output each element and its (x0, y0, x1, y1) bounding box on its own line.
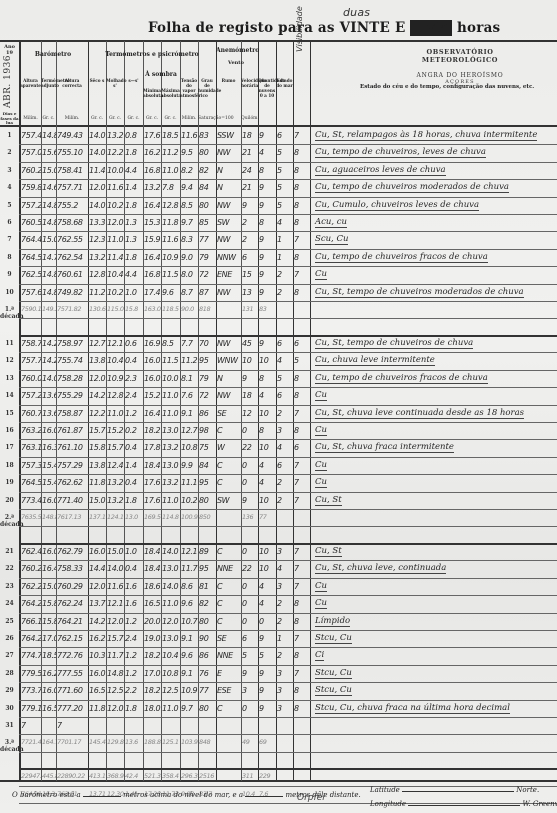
data-cell: 0.4 (125, 356, 143, 365)
data-cell: N (217, 374, 241, 383)
data-cell: 13.0 (162, 426, 180, 435)
day-label: 30 (0, 705, 19, 712)
data-cell: 9 (259, 235, 276, 244)
data-cell: 8 (294, 253, 310, 262)
data-cell: 14.2 (89, 617, 106, 626)
data-cell: 12.2 (107, 148, 124, 157)
data-cell: 1.4 (125, 183, 143, 192)
data-cell: 14.2 (42, 356, 56, 365)
days-label: Dias e fases da lua (0, 112, 19, 126)
data-cell: 9.9 (181, 461, 198, 470)
data-cell: 1.3 (125, 235, 143, 244)
day-label: 19 (0, 479, 19, 486)
data-cell: 13.0 (162, 634, 180, 643)
data-cell: 13.0 (125, 513, 143, 521)
row-divider (19, 613, 557, 614)
weather-remark: Cu (315, 425, 327, 436)
data-cell: 16.4 (42, 564, 56, 573)
data-cell: 16.5 (42, 704, 56, 713)
row-divider (19, 752, 557, 753)
data-cell: 1.8 (125, 253, 143, 262)
data-cell: 163.0 (144, 305, 161, 313)
data-cell: 760.29 (57, 582, 88, 591)
data-cell: 2.3 (125, 374, 143, 383)
data-cell: 9 (259, 183, 276, 192)
data-cell: 413.1 (89, 772, 106, 780)
data-cell: 18.5 (162, 131, 180, 140)
data-cell: 18.4 (144, 547, 161, 556)
data-cell: NW (217, 288, 241, 297)
row-divider (19, 474, 557, 475)
row-divider (19, 405, 557, 406)
data-cell: 16.8 (144, 166, 161, 175)
data-cell: 15.0 (42, 235, 56, 244)
data-cell: 85 (199, 218, 216, 227)
data-cell: 16.2 (42, 669, 56, 678)
data-cell: C (217, 478, 241, 487)
data-cell: 9 (259, 270, 276, 279)
data-cell: 4 (259, 478, 276, 487)
data-cell: 14.6 (42, 183, 56, 192)
data-cell: 311 (242, 772, 258, 780)
data-cell: 760.25 (21, 166, 41, 175)
data-cell: 129.8 (107, 738, 124, 746)
weather-remark: Stcu, Cu (315, 633, 352, 644)
data-cell: 9.1 (181, 409, 198, 418)
data-cell: 188.8 (144, 738, 161, 746)
data-cell: 764.20 (21, 599, 41, 608)
data-cell: 86 (199, 651, 216, 660)
data-cell: 1.6 (125, 582, 143, 591)
data-cell: 757.30 (21, 461, 41, 470)
data-cell: 10.2 (107, 288, 124, 297)
data-cell: 148.8 (42, 513, 56, 521)
data-cell: 11.0 (107, 235, 124, 244)
data-cell: 72 (199, 270, 216, 279)
data-cell: 16.0 (42, 496, 56, 505)
data-cell: 757.25 (21, 201, 41, 210)
data-cell: 49 (242, 738, 258, 746)
data-cell: 11.5 (162, 356, 180, 365)
data-cell: 4 (259, 599, 276, 608)
data-cell: 9 (259, 339, 276, 348)
data-cell: 8.5 (181, 201, 198, 210)
column-unit: Gr. c. (143, 116, 161, 121)
data-cell: 76 (199, 669, 216, 678)
day-label: 25 (0, 618, 19, 625)
data-cell: 760.75 (21, 409, 41, 418)
data-cell: 7 (294, 669, 310, 678)
day-label: 2 (0, 149, 19, 156)
data-cell: 755.2 (57, 201, 88, 210)
day-label: 5 (0, 202, 19, 209)
data-cell: 758.70 (21, 339, 41, 348)
row-divider (19, 509, 557, 510)
data-cell: 9.6 (181, 651, 198, 660)
data-cell: 115.0 (107, 305, 124, 313)
data-cell: 2 (242, 218, 258, 227)
day-label: 18 (0, 462, 19, 469)
data-cell: 1.8 (125, 496, 143, 505)
row-divider (19, 734, 557, 735)
data-cell: 229 (259, 772, 276, 780)
data-cell: 762.15 (57, 634, 88, 643)
latitude-blank (402, 786, 514, 792)
anemometer-group-label: Anemómetro (216, 48, 256, 54)
data-cell: 4 (277, 218, 293, 227)
data-cell: 82 (199, 166, 216, 175)
data-cell: 15.4 (42, 478, 56, 487)
data-cell: 13.2 (107, 478, 124, 487)
data-cell: 758.41 (57, 166, 88, 175)
decade-label: 1.ª década (0, 306, 19, 320)
data-cell: 16.5 (144, 599, 161, 608)
data-cell: 0.8 (125, 131, 143, 140)
data-cell: 12.0 (89, 374, 106, 383)
data-cell: 9 (259, 686, 276, 695)
data-cell: 12.5 (107, 686, 124, 695)
day-label: 7 (0, 236, 19, 243)
data-cell: C (217, 461, 241, 470)
data-cell: 95 (199, 478, 216, 487)
data-cell: 12.7 (181, 426, 198, 435)
data-cell: 8 (294, 218, 310, 227)
data-cell: 8.6 (181, 582, 198, 591)
data-cell: 11.7 (181, 564, 198, 573)
data-cell: 4 (259, 582, 276, 591)
data-cell: 15.2 (144, 391, 161, 400)
day-label: 20 (0, 497, 19, 504)
data-cell: 1.3 (125, 218, 143, 227)
weather-remark: Cu, St, chuva leve continuada desde as 1… (315, 408, 524, 419)
data-cell: 762.50 (21, 270, 41, 279)
row-divider (19, 543, 557, 545)
data-cell: 1 (277, 235, 293, 244)
data-cell: 6 (294, 443, 310, 452)
data-cell: 9.7 (181, 704, 198, 713)
day-label: 9 (0, 271, 19, 278)
data-cell: 16.0 (144, 356, 161, 365)
data-cell: 14.0 (162, 582, 180, 591)
weather-remark: Stcu, Cu (315, 668, 352, 679)
data-cell: 18.4 (144, 461, 161, 470)
data-cell: 13.0 (162, 564, 180, 573)
data-cell: 8 (294, 374, 310, 383)
data-cell: 16.0 (42, 426, 56, 435)
data-cell: 12.1 (181, 547, 198, 556)
data-cell: 760.00 (21, 374, 41, 383)
data-cell: 1.2 (125, 651, 143, 660)
data-cell: 10.4 (107, 270, 124, 279)
data-cell: 18 (242, 131, 258, 140)
data-cell: 2 (277, 496, 293, 505)
stamp-line-1: OBSERVATÓRIO METEOROLÓGICO (395, 48, 525, 64)
data-cell: 10 (259, 409, 276, 418)
data-cell: 1.6 (125, 599, 143, 608)
stamp-line-2: ANGRA DO HEROÍSMO (395, 72, 525, 79)
data-cell: 0 (242, 582, 258, 591)
data-cell: 15.8 (42, 599, 56, 608)
data-cell: 764.20 (21, 634, 41, 643)
data-cell: 521.3 (144, 772, 161, 780)
data-cell: 77 (199, 235, 216, 244)
data-cell: C (217, 599, 241, 608)
data-cell: 0 (242, 547, 258, 556)
data-cell: 763.11 (21, 443, 41, 452)
data-cell: 779.10 (21, 704, 41, 713)
longitude-blank (408, 800, 520, 806)
weather-remark: Scu, Cu (315, 234, 348, 245)
data-cell: 15.0 (89, 496, 106, 505)
data-cell: 80 (199, 704, 216, 713)
row-divider (19, 352, 557, 353)
date-stamp: ABR. 1936 (3, 55, 13, 108)
data-cell: 18.4 (144, 564, 161, 573)
data-cell: 764.50 (21, 253, 41, 262)
data-cell: 762.62 (57, 478, 88, 487)
data-cell: 13.0 (162, 461, 180, 470)
data-cell: 10.2 (181, 496, 198, 505)
data-cell: 0 (242, 599, 258, 608)
data-cell: 84 (199, 461, 216, 470)
data-cell: 6 (277, 339, 293, 348)
data-cell: 1.8 (125, 201, 143, 210)
column-header: Altura correcta (56, 78, 88, 88)
data-cell: 7 (294, 634, 310, 643)
data-cell: 87 (199, 288, 216, 297)
day-label: 3 (0, 167, 19, 174)
data-cell: 12.3 (89, 235, 106, 244)
data-cell: 14.2 (89, 391, 106, 400)
data-cell: 5 (277, 201, 293, 210)
column-unit: Quilóm. (241, 116, 258, 121)
data-cell: 12.8 (162, 201, 180, 210)
data-cell: 124.1 (107, 513, 124, 521)
data-cell: W (217, 443, 241, 452)
weather-remark: Cu, St, chuva leve, continuada (315, 563, 446, 574)
data-cell: 774.70 (21, 651, 41, 660)
data-cell: 15 (242, 270, 258, 279)
data-cell: 7 (21, 721, 41, 730)
data-cell: 2 (277, 288, 293, 297)
day-label: 23 (0, 583, 19, 590)
data-cell: 16.0 (89, 547, 106, 556)
data-cell: 6 (242, 634, 258, 643)
data-cell: 761.87 (57, 426, 88, 435)
day-label: 6 (0, 219, 19, 226)
data-cell: 15.8 (42, 617, 56, 626)
data-cell: 9 (259, 253, 276, 262)
day-label: 12 (0, 357, 19, 364)
data-cell: 22 (242, 443, 258, 452)
data-cell: 762.24 (57, 599, 88, 608)
data-cell: 10.8 (162, 669, 180, 678)
data-cell: 90.0 (181, 305, 198, 313)
weather-remark: Cu, St (315, 546, 342, 557)
data-cell: 7 (294, 478, 310, 487)
data-cell: 12.1 (107, 339, 124, 348)
data-cell: 11.0 (162, 599, 180, 608)
data-cell: 0 (242, 617, 258, 626)
column-unit: Milím. (56, 116, 88, 121)
data-cell: 4 (277, 443, 293, 452)
data-cell: 7.6 (181, 391, 198, 400)
data-cell: 164.7 (42, 738, 56, 746)
data-cell: 15.8 (125, 305, 143, 313)
data-cell: 1.8 (125, 148, 143, 157)
data-cell: 18.0 (144, 704, 161, 713)
year-label: Ano 19 (0, 44, 19, 56)
data-cell: 18.6 (144, 582, 161, 591)
data-cell: 0 (242, 461, 258, 470)
column-header: Velocidade horária (241, 78, 258, 88)
data-cell: 0 (242, 478, 258, 487)
data-cell: 762.79 (57, 547, 88, 556)
day-label: 22 (0, 565, 19, 572)
data-cell: 4 (259, 391, 276, 400)
data-cell: 18.2 (144, 426, 161, 435)
data-cell: 1.8 (125, 704, 143, 713)
data-cell: 9 (259, 288, 276, 297)
data-cell: 11.8 (89, 704, 106, 713)
data-cell: 762.55 (57, 235, 88, 244)
day-label: 28 (0, 670, 19, 677)
data-cell: 7 (294, 131, 310, 140)
column-divider (310, 41, 311, 781)
row-divider (19, 231, 557, 232)
data-cell: 5 (259, 651, 276, 660)
column-unit: Gr. c. (88, 116, 106, 121)
column-header: Molhado s' (106, 78, 124, 88)
column-header: Mínima absoluta (143, 88, 161, 98)
longitude-line: Longitude W. Greenwich. (370, 800, 557, 808)
day-label: 4 (0, 184, 19, 191)
row-divider (19, 647, 557, 648)
data-cell: 3 (277, 547, 293, 556)
row-divider (19, 665, 557, 666)
data-cell: 13.2 (162, 478, 180, 487)
data-cell: 9 (242, 669, 258, 678)
data-cell: 12.0 (107, 704, 124, 713)
data-cell: 19.0 (144, 634, 161, 643)
data-cell: C (217, 547, 241, 556)
wind-label: Vento (216, 60, 256, 66)
data-cell: 13 (242, 288, 258, 297)
data-cell: 8 (259, 426, 276, 435)
data-cell: 14.8 (42, 201, 56, 210)
row-divider (19, 560, 557, 561)
data-cell: 10.4 (162, 651, 180, 660)
data-cell: 79 (199, 374, 216, 383)
data-cell: 15.6 (42, 148, 56, 157)
data-cell: 757.44 (21, 131, 41, 140)
data-cell: 762.54 (57, 253, 88, 262)
data-cell: 757.71 (57, 183, 88, 192)
data-cell: 760.61 (57, 270, 88, 279)
column-unit: Gr. c. (106, 116, 124, 121)
data-cell: 7 (294, 409, 310, 418)
data-cell: 16.0 (42, 547, 56, 556)
day-label: 11 (0, 340, 19, 347)
data-cell: WNW (217, 356, 241, 365)
data-cell: 16.0 (42, 686, 56, 695)
data-cell: 7701.17 (57, 738, 88, 746)
data-cell: 7635.50 (21, 513, 41, 521)
row-divider (19, 162, 557, 163)
data-cell: 17.0 (144, 669, 161, 678)
data-cell: 7617.13 (57, 513, 88, 521)
data-cell: 12.1 (107, 599, 124, 608)
data-cell: 8.1 (181, 374, 198, 383)
title-prefix: Folha de registo para as VINTE E (148, 20, 405, 36)
data-cell: 755.29 (57, 391, 88, 400)
data-cell: 75 (199, 443, 216, 452)
data-cell: 8 (294, 617, 310, 626)
data-cell: 16.5 (89, 686, 106, 695)
data-cell: 1.0 (125, 288, 143, 297)
column-header: Altura aparente (20, 78, 41, 88)
data-cell: 4 (277, 356, 293, 365)
data-cell: 169.5 (144, 513, 161, 521)
data-cell: 15.3 (144, 218, 161, 227)
data-cell: 16.2 (89, 634, 106, 643)
row-divider (19, 387, 557, 388)
data-cell: 12.5 (162, 686, 180, 695)
data-cell: 3 (277, 704, 293, 713)
data-cell: 11.8 (162, 218, 180, 227)
data-cell: 13.6 (42, 391, 56, 400)
row-divider (19, 768, 557, 770)
row-divider (19, 422, 557, 423)
data-cell: 11.8 (89, 478, 106, 487)
row-divider (19, 630, 557, 631)
data-cell: 11.0 (162, 166, 180, 175)
weather-remark: Cu (315, 598, 327, 609)
data-cell: 16.4 (144, 409, 161, 418)
data-cell: N (217, 183, 241, 192)
data-cell: 14.8 (107, 669, 124, 678)
weather-remark: Cu (315, 269, 327, 280)
column-header: Grau de humidade (198, 78, 216, 93)
data-cell: NW (217, 201, 241, 210)
altitude-blank (83, 791, 121, 797)
row-divider (19, 526, 557, 527)
data-cell: 13.8 (89, 356, 106, 365)
data-cell: 5 (277, 166, 293, 175)
data-cell: 755.10 (57, 148, 88, 157)
data-cell: 22 (242, 564, 258, 573)
day-label: 29 (0, 687, 19, 694)
data-cell: 9.1 (181, 634, 198, 643)
data-cell: 9 (259, 131, 276, 140)
data-cell: 83 (199, 131, 216, 140)
data-cell: 98 (199, 426, 216, 435)
visibility-label: Visibilidade (295, 6, 304, 52)
data-cell: 82 (199, 599, 216, 608)
data-cell: 8 (294, 183, 310, 192)
data-cell: 0 (259, 617, 276, 626)
data-cell: 11.6 (107, 582, 124, 591)
data-cell: 84 (199, 183, 216, 192)
data-cell: 16.2 (144, 148, 161, 157)
data-cell: 12.0 (89, 183, 106, 192)
latitude-line: Latitude Norte. (370, 786, 539, 794)
data-cell: 0.4 (125, 443, 143, 452)
data-cell: 6 (242, 253, 258, 262)
data-cell: 16.9 (144, 339, 161, 348)
data-cell: 18.2 (144, 651, 161, 660)
data-cell: 16.0 (144, 374, 161, 383)
